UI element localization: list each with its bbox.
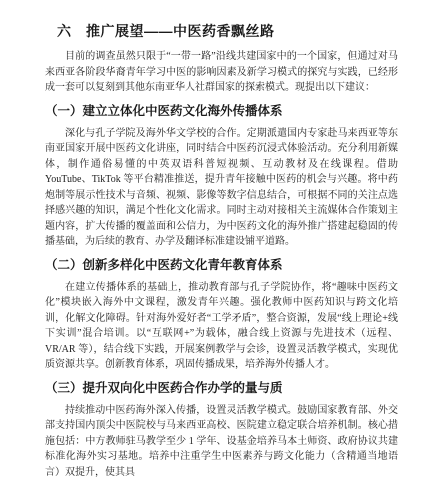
intro-paragraph: 目前的调查虽然只限于“一带一路”沿线共建国家中的一个国家，但通过对马来西亚各阶段… bbox=[45, 49, 398, 96]
section-heading-3: （三）提升双向化中医药合作办学的量与质 bbox=[45, 380, 398, 397]
document-page: 六 推广展望——中医药香飘丝路 目前的调查虽然只限于“一带一路”沿线共建国家中的… bbox=[0, 0, 442, 500]
section-paragraph-2: 在建立传播体系的基础上，推动教育部与孔子学院协作，将“趣味中医药文化”模块嵌入海… bbox=[45, 280, 398, 373]
section-heading-2: （二）创新多样化中医药文化青年教育体系 bbox=[45, 257, 398, 274]
doc-title: 六 推广展望——中医药香飘丝路 bbox=[45, 22, 398, 41]
section-paragraph-3: 持续推动中医药海外深入传播，设置灵活教学模式。鼓励国家教育部、外交部支持国内顶尖… bbox=[45, 403, 398, 481]
section-heading-1: （一）建立立体化中医药文化海外传播体系 bbox=[45, 103, 398, 120]
section-paragraph-1: 深化与孔子学院及海外华文学校的合作。定期派遣国内专家赴马来西亚等东南亚国家开展中… bbox=[45, 126, 398, 250]
